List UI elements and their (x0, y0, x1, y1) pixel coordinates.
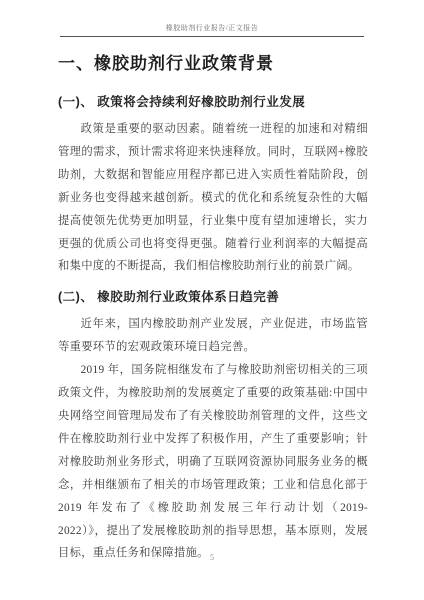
paragraph: 2019 年，国务院相继发布了与橡胶助剂密切相关的三项政策文件，为橡胶助剂的发展… (58, 359, 368, 565)
page-content: 一、橡胶助剂行业政策背景 (一)、 政策将会持续利好橡胶助剂行业发展 政策是重要… (58, 37, 368, 565)
page-title: 一、橡胶助剂行业政策背景 (58, 54, 368, 74)
document-page: 橡胶助剂行业报告/正文报告 一、橡胶助剂行业政策背景 (一)、 政策将会持续利好… (0, 0, 424, 600)
paragraph: 政策是重要的驱动因素。随着统一进程的加速和对精细管理的需求，预计需求将迎来快速释… (58, 118, 368, 278)
section-title-1: (一)、 政策将会持续利好橡胶助剂行业发展 (58, 95, 368, 109)
page-footer: 5 (0, 553, 424, 562)
running-title: 橡胶助剂行业报告/正文报告 (166, 23, 258, 33)
section-title-2: (二)、 橡胶助剂行业政策体系日趋完善 (58, 290, 368, 304)
page-header: 橡胶助剂行业报告/正文报告 (60, 0, 364, 37)
paragraph: 近年来，国内橡胶助剂产业发展，产业促进，市场监管等重要环节的宏观政策环境日趋完善… (58, 313, 368, 359)
page-number: 5 (210, 553, 214, 562)
